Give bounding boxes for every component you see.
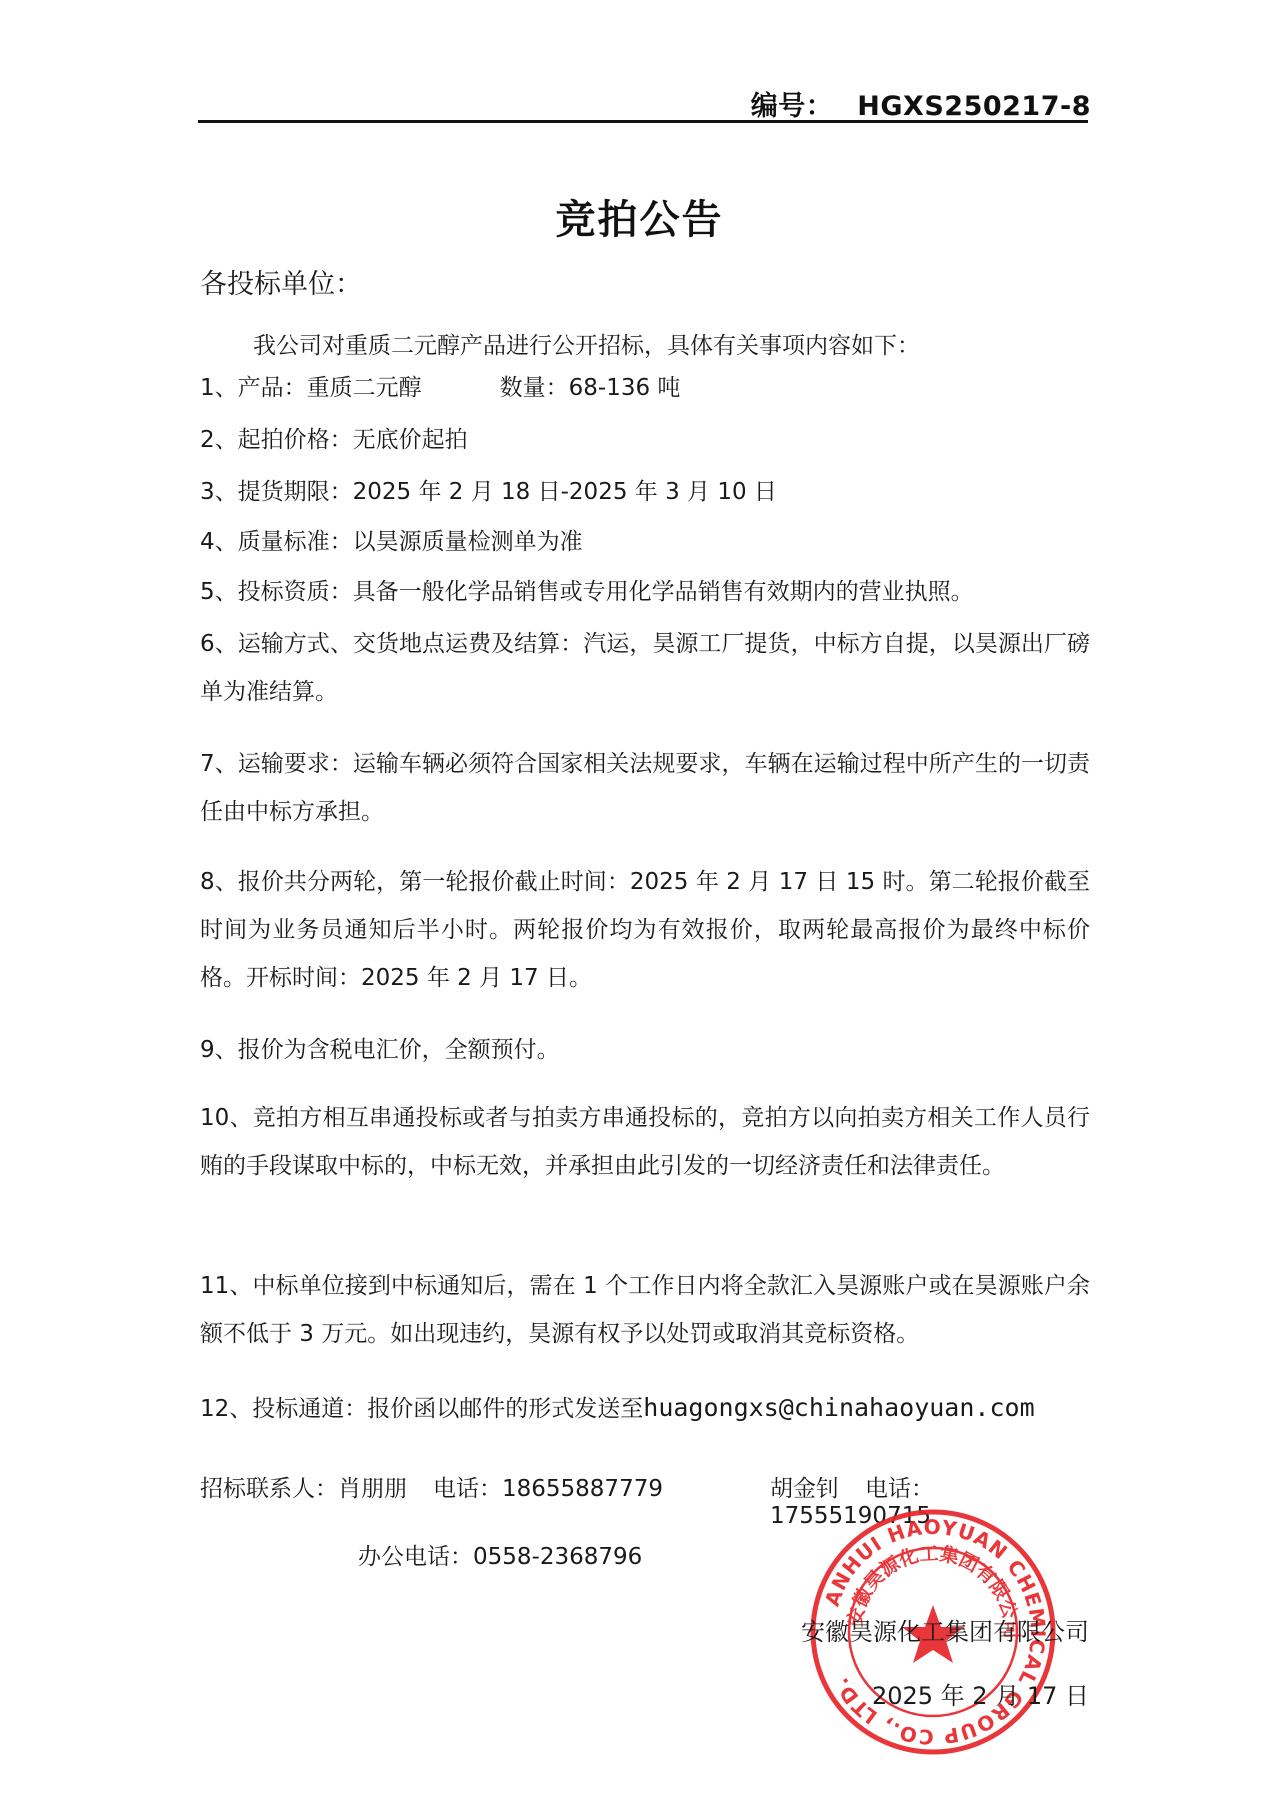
item-quality-standard: 4、质量标准：以昊源质量检测单为准	[200, 518, 1090, 566]
item-transport-requirements: 7、运输要求：运输车辆必须符合国家相关法规要求，车辆在运输过程中所产生的一切责任…	[200, 740, 1090, 836]
item-winner-payment: 11、中标单位接到中标通知后，需在 1 个工作日内将全款汇入昊源账户或在昊源账户…	[200, 1262, 1090, 1358]
item-transport-settlement: 6、运输方式、交货地点运费及结算：汽运，昊源工厂提货，中标方自提，以昊源出厂磅单…	[200, 620, 1090, 716]
item-pickup-period: 3、提货期限：2025 年 2 月 18 日-2025 年 3 月 10 日	[200, 468, 1090, 516]
page-title: 竞拍公告	[0, 188, 1279, 245]
item-qualification: 5、投标资质：具备一般化学品销售或专用化学品销售有效期内的营业执照。	[200, 568, 1090, 616]
item-collusion: 10、竞拍方相互串通投标或者与拍卖方串通投标的，竞拍方以向拍卖方相关工作人员行贿…	[200, 1094, 1090, 1190]
office-phone: 0558-2368796	[473, 1544, 642, 1570]
signature-date: 2025 年 2 月 17 日	[872, 1676, 1089, 1711]
contact2-name: 胡金钊	[770, 1476, 839, 1502]
office-phone-row: 办公电话：0558-2368796	[358, 1538, 642, 1571]
document-number-value: HGXS250217-8	[857, 91, 1091, 122]
document-page: 编号：HGXS250217-8 竞拍公告 各投标单位： 我公司对重质二元醇产品进…	[0, 0, 1279, 1808]
item-product: 1、产品：重质二元醇数量：68-136 吨	[200, 364, 1090, 412]
signature-company: 安徽昊源化工集团有限公司	[801, 1612, 1089, 1647]
contacts-label: 招标联系人：	[200, 1476, 338, 1502]
email-link[interactable]: huagongxs@chinahaoyuan.com	[643, 1393, 1034, 1422]
item-starting-price: 2、起拍价格：无底价起拍	[200, 416, 1090, 464]
item-bidding-rounds: 8、报价共分两轮，第一轮报价截止时间：2025 年 2 月 17 日 15 时。…	[200, 858, 1090, 1002]
contact2-phone-label: 电话：	[865, 1476, 934, 1502]
salutation: 各投标单位：	[200, 262, 362, 301]
item-payment: 9、报价为含税电汇价，全额预付。	[200, 1026, 1090, 1074]
document-number-label: 编号：	[751, 91, 834, 122]
item-product-text: 1、产品：重质二元醇	[200, 375, 422, 401]
contact1-phone: 18655887779	[502, 1476, 663, 1502]
contacts-row: 招标联系人：肖朋朋电话：18655887779 胡金钊电话：1755519071…	[200, 1470, 1090, 1503]
item-quantity: 数量：68-136 吨	[500, 375, 681, 401]
contact1-name: 肖朋朋	[338, 1476, 407, 1502]
item-bid-channel: 12、投标通道：报价函以邮件的形式发送至huagongxs@chinahaoyu…	[200, 1384, 1090, 1433]
document-number: 编号：HGXS250217-8	[751, 84, 1091, 123]
bid-channel-text: 12、投标通道：报价函以邮件的形式发送至	[200, 1396, 643, 1422]
intro-paragraph: 我公司对重质二元醇产品进行公开招标，具体有关事项内容如下：	[253, 327, 920, 360]
office-phone-label: 办公电话：	[358, 1544, 473, 1570]
header-divider	[198, 120, 1088, 123]
contact1-phone-label: 电话：	[433, 1476, 502, 1502]
